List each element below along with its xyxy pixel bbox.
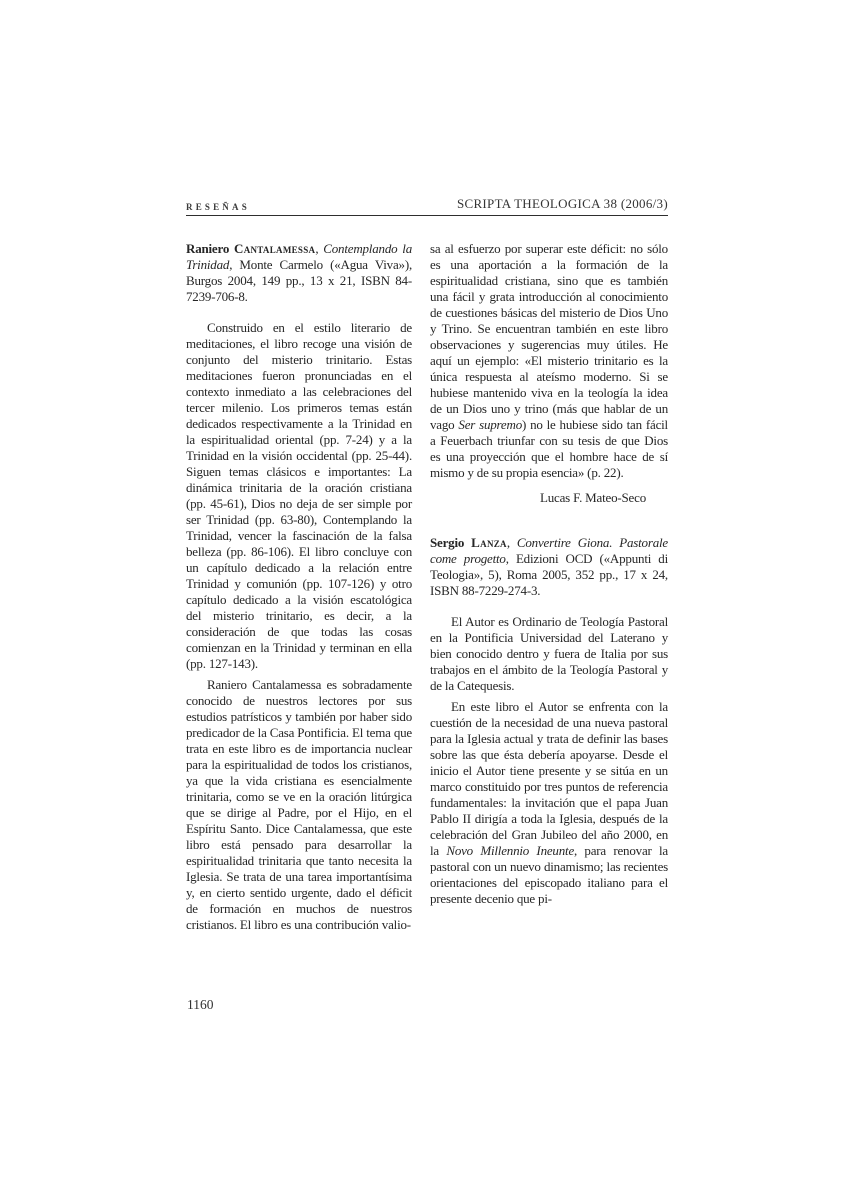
paragraph-continuation: sa al esfuerzo por superar este déficit:…	[430, 241, 668, 481]
paragraph: En este libro el Autor se enfrenta con l…	[430, 699, 668, 907]
text-columns: Raniero Cantalamessa, Contemplando la Tr…	[186, 241, 668, 938]
header-rule	[186, 215, 668, 216]
running-head: RESEÑAS SCRIPTA THEOLOGICA 38 (2006/3)	[186, 196, 668, 212]
page-number: 1160	[187, 997, 214, 1013]
journal-page: RESEÑAS SCRIPTA THEOLOGICA 38 (2006/3) R…	[186, 196, 668, 938]
column-left: Raniero Cantalamessa, Contemplando la Tr…	[186, 241, 412, 938]
paragraph: El Autor es Ordinario de Teología Pastor…	[430, 614, 668, 694]
review-citation-cantalamessa: Raniero Cantalamessa, Contemplando la Tr…	[186, 241, 412, 305]
paragraph: Construido en el estilo literario de med…	[186, 320, 412, 672]
review-citation-lanza: Sergio Lanza, Convertire Giona. Pastoral…	[430, 535, 668, 599]
paragraph: Raniero Cantalamessa es sobradamente con…	[186, 677, 412, 933]
running-head-section-title: RESEÑAS	[186, 202, 250, 212]
column-right: sa al esfuerzo por superar este déficit:…	[430, 241, 668, 938]
running-head-journal-title: SCRIPTA THEOLOGICA 38 (2006/3)	[457, 196, 668, 212]
reviewer-signature: Lucas F. Mateo-Seco	[430, 490, 646, 506]
